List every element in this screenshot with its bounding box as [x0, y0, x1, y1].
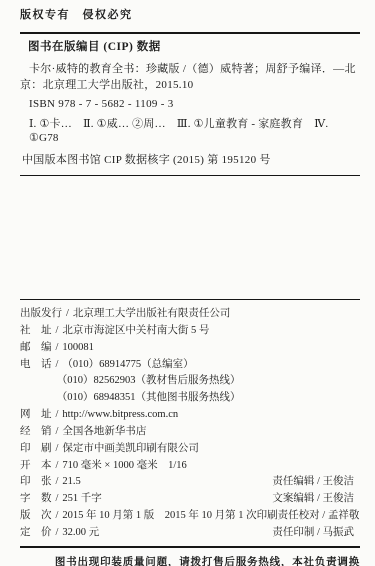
row-separator: / — [56, 342, 59, 353]
website-url: http://www.bitpress.com.cn — [62, 409, 178, 420]
colophon-row-postcode: 邮 编/100081 — [20, 340, 360, 357]
row-separator: / — [56, 510, 59, 521]
row-value: （010）68914775（总编室） — [62, 359, 193, 370]
colophon-row-address: 社 址/北京市海淀区中关村南大街 5 号 — [20, 323, 360, 340]
row-label: 开 本 — [20, 460, 52, 471]
row-value: 保定市中画美凯印刷有限公司 — [62, 443, 199, 454]
row-value: 21.5 — [62, 476, 80, 487]
row-label: 电 话 — [20, 359, 52, 370]
colophon-row-format: 开 本/710 毫米 × 1000 毫米 1/16 — [20, 458, 360, 475]
row-credit-editor: 责任编辑 / 王俊洁 — [272, 474, 360, 491]
row-separator: / — [56, 493, 59, 504]
colophon-rows: 出版发行/北京理工大学出版社有限责任公司 社 址/北京市海淀区中关村南大街 5 … — [20, 306, 360, 542]
row-separator: / — [56, 443, 59, 454]
row-value: （010）82562903（教材售后服务热线） — [20, 375, 241, 386]
row-separator: / — [56, 460, 59, 471]
row-separator: / — [56, 476, 59, 487]
colophon-row-phone: 电 话/（010）68914775（总编室） — [20, 357, 360, 374]
row-label: 网 址 — [20, 409, 52, 420]
row-value: 251 千字 — [62, 493, 101, 504]
row-separator: / — [56, 325, 59, 336]
copyright-notice: 版权专有 侵权必究 — [20, 9, 360, 22]
row-credit-copy-editor: 文案编辑 / 王俊洁 — [272, 491, 360, 508]
row-value: 32.00 元 — [62, 527, 99, 538]
horizontal-rule-top — [20, 32, 360, 34]
cip-heading: 图书在版编目 (CIP) 数据 — [20, 40, 360, 54]
cip-record-number: 中国版本图书馆 CIP 数据核字 (2015) 第 195120 号 — [20, 153, 360, 167]
colophon-row-website: 网 址/http://www.bitpress.com.cn — [20, 407, 360, 424]
colophon-row-wordcount: 字 数/251 千字 文案编辑 / 王俊洁 — [20, 491, 360, 508]
horizontal-rule-cip-bottom — [20, 175, 360, 176]
row-label: 社 址 — [20, 325, 52, 336]
horizontal-rule-colophon-top — [20, 299, 360, 300]
row-label: 印 张 — [20, 476, 52, 487]
quality-notice: 图书出现印装质量问题，请拨打售后服务热线，本社负责调换 — [20, 556, 360, 566]
row-separator: / — [56, 359, 59, 370]
row-value: （010）68948351（其他图书服务热线） — [20, 392, 241, 403]
row-credit-print-supervisor: 责任印制 / 马振武 — [272, 525, 360, 542]
isbn-number: ISBN 978 - 7 - 5682 - 1109 - 3 — [20, 97, 360, 111]
row-label: 定 价 — [20, 527, 52, 538]
row-value: 2015 年 10 月第 1 版 2015 年 10 月第 1 次印刷 — [62, 510, 277, 521]
row-label: 版 次 — [20, 510, 52, 521]
row-value: 710 毫米 × 1000 毫米 1/16 — [62, 460, 186, 471]
row-label: 经 销 — [20, 426, 52, 437]
colophon-row-printer: 印 刷/保定市中画美凯印刷有限公司 — [20, 441, 360, 458]
copyright-page: 版权专有 侵权必究 图书在版编目 (CIP) 数据 卡尔·威特的教育全书：珍藏版… — [0, 0, 375, 566]
row-label: 出版发行 — [20, 308, 62, 319]
cip-classification: Ⅰ. ①卡… Ⅱ. ①威… ②周… Ⅲ. ①儿童教育 - 家庭教育 Ⅳ. ①G7… — [20, 117, 360, 145]
colophon-row-phone-3: （010）68948351（其他图书服务热线） — [20, 390, 360, 407]
cip-bibliography: 卡尔·威特的教育全书：珍藏版 /（德）威特著；周舒予编译．—北京：北京理工大学出… — [20, 61, 360, 93]
row-value: 北京理工大学出版社有限责任公司 — [73, 308, 231, 319]
row-separator: / — [56, 409, 59, 420]
row-credit-proofreader: 责任校对 / 孟祥敬 — [278, 508, 366, 525]
colophon-row-publisher: 出版发行/北京理工大学出版社有限责任公司 — [20, 306, 360, 323]
row-separator: / — [56, 426, 59, 437]
row-separator: / — [56, 527, 59, 538]
row-label: 印 刷 — [20, 443, 52, 454]
colophon-row-price: 定 价/32.00 元 责任印制 / 马振武 — [20, 525, 360, 542]
colophon-row-edition: 版 次/2015 年 10 月第 1 版 2015 年 10 月第 1 次印刷 … — [20, 508, 360, 525]
colophon-row-distribution: 经 销/全国各地新华书店 — [20, 424, 360, 441]
row-value: 全国各地新华书店 — [62, 426, 146, 437]
horizontal-rule-bottom — [20, 546, 360, 548]
colophon-row-sheets: 印 张/21.5 责任编辑 / 王俊洁 — [20, 474, 360, 491]
page-content: 版权专有 侵权必究 图书在版编目 (CIP) 数据 卡尔·威特的教育全书：珍藏版… — [20, 9, 360, 566]
row-label: 邮 编 — [20, 342, 52, 353]
row-label: 字 数 — [20, 493, 52, 504]
row-value: 100081 — [62, 342, 94, 353]
row-value: 北京市海淀区中关村南大街 5 号 — [62, 325, 209, 336]
row-separator: / — [66, 308, 69, 319]
colophon-row-phone-2: （010）82562903（教材售后服务热线） — [20, 373, 360, 390]
